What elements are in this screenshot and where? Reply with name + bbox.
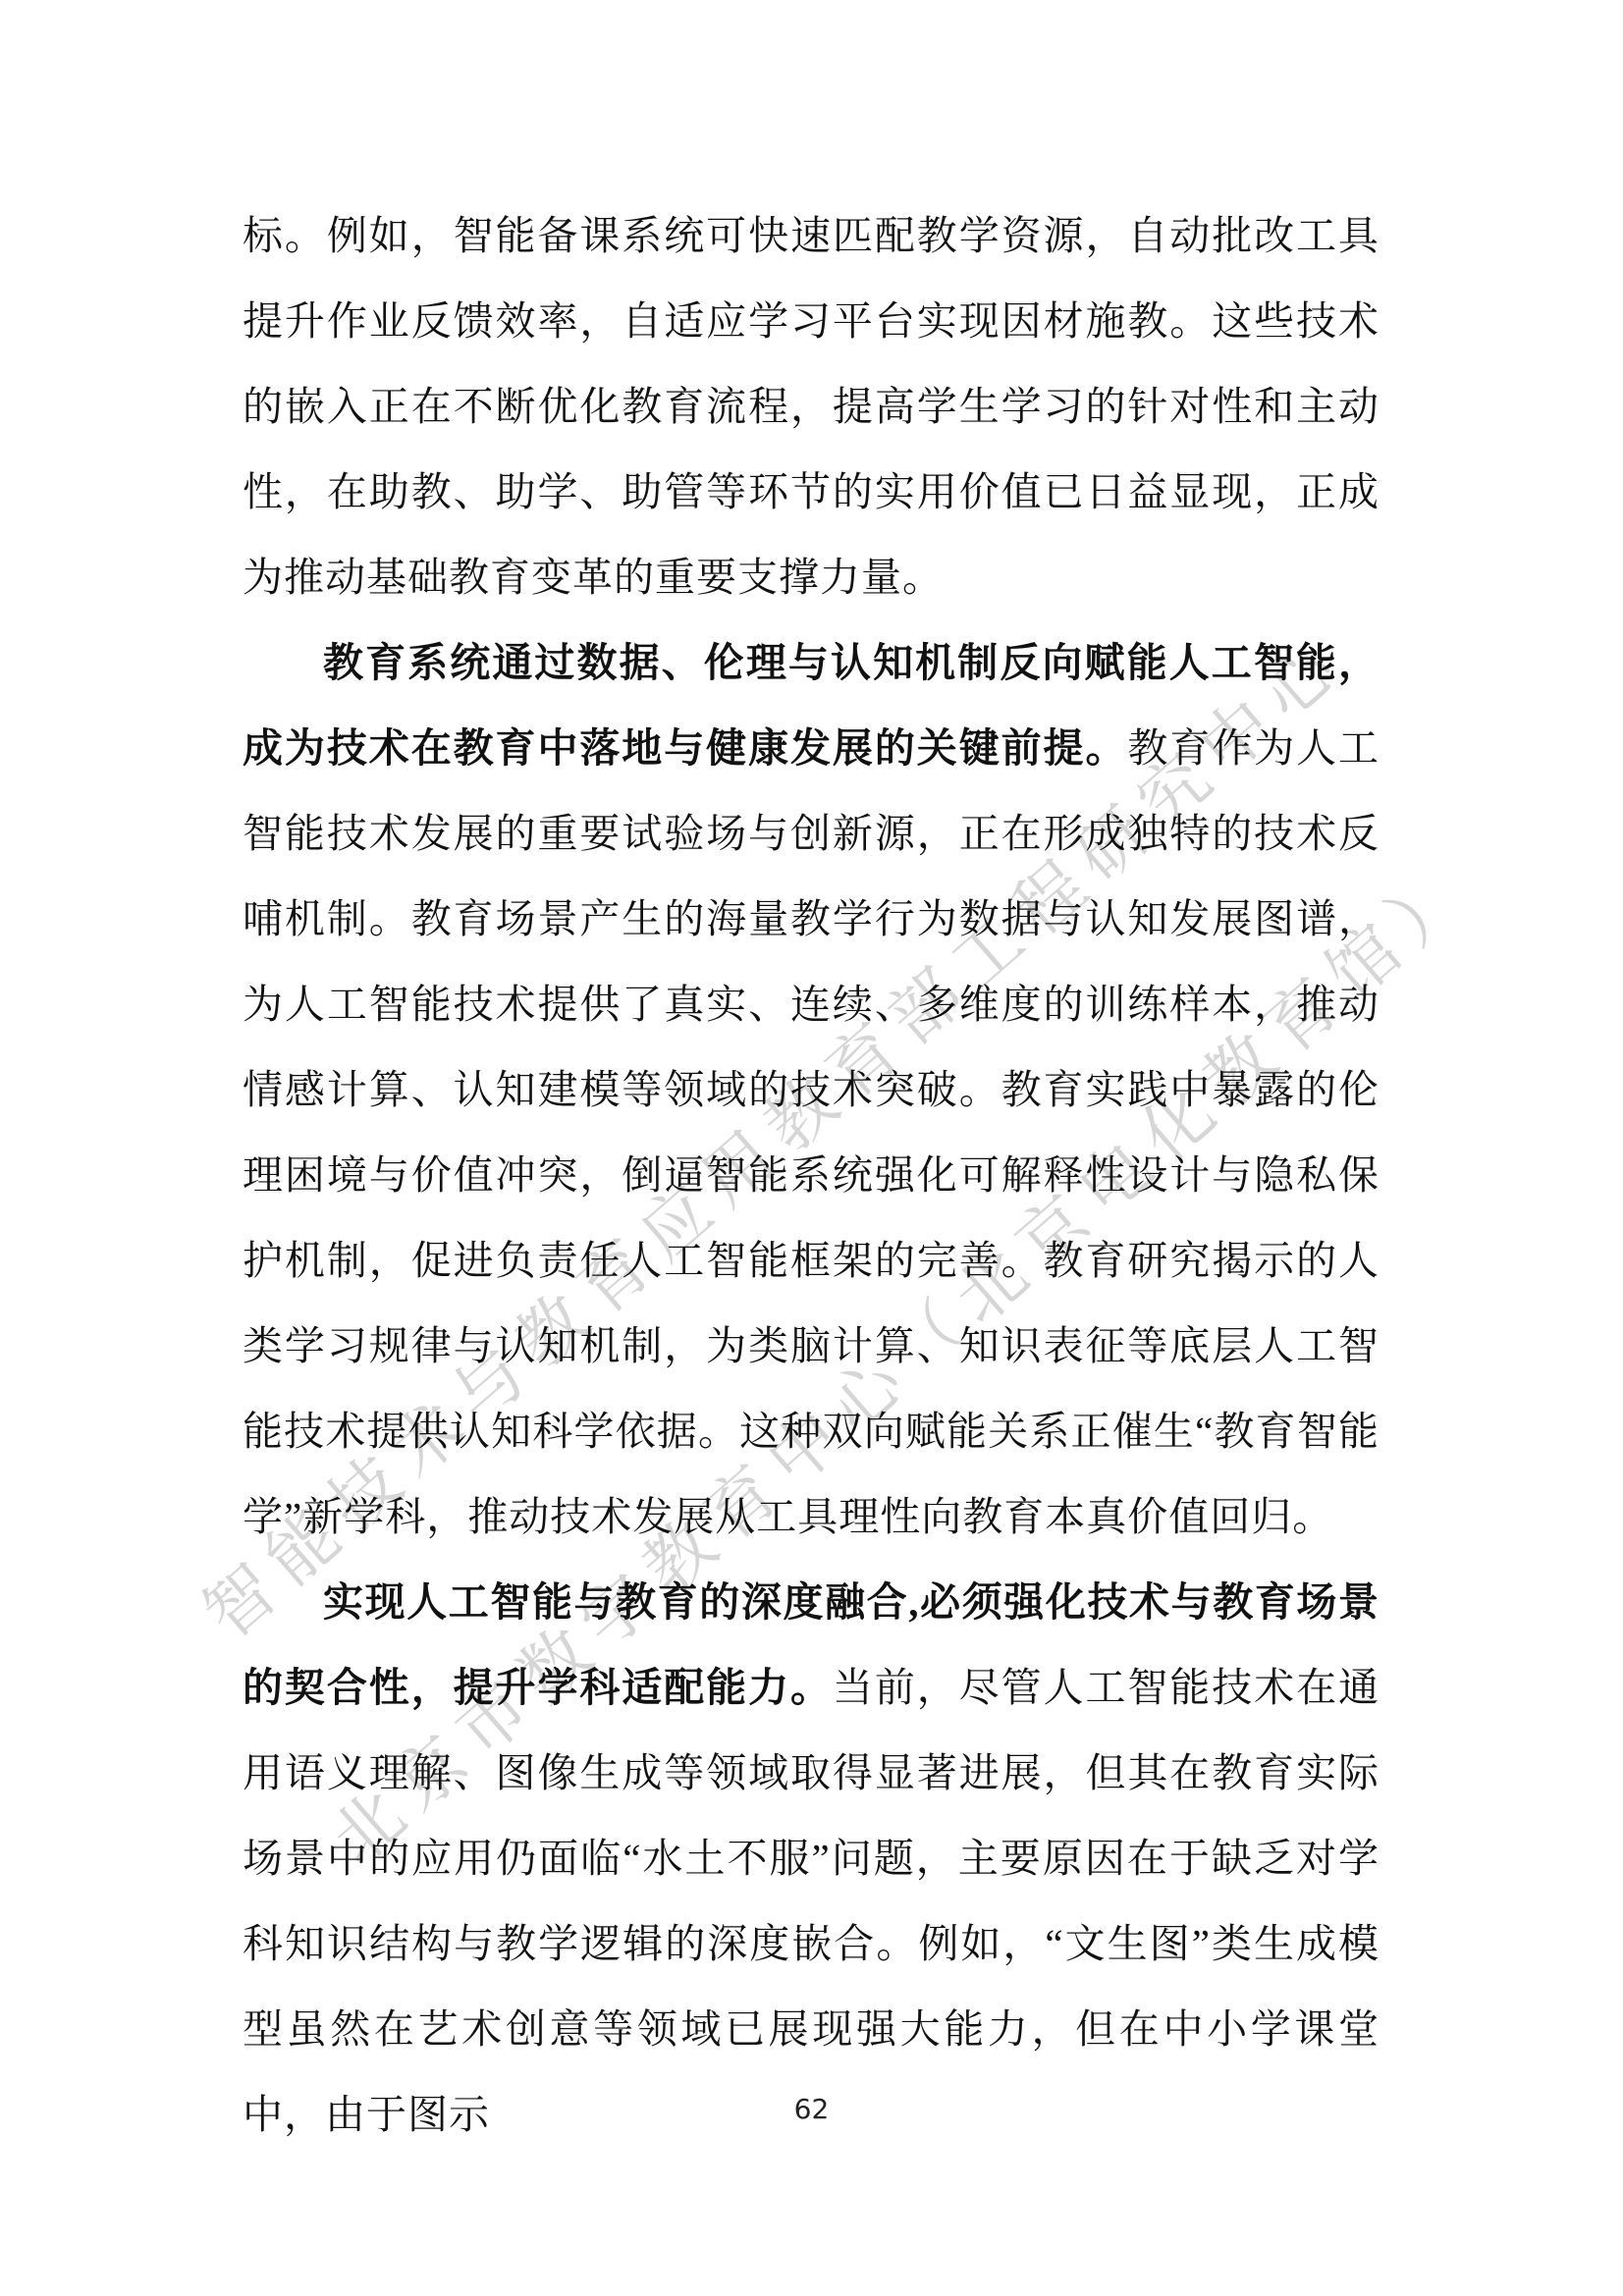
paragraph-reverse-empowerment: 教育系统通过数据、伦理与认知机制反向赋能人工智能，成为技术在教育中落地与健康发展… [243,620,1380,1560]
paragraph-text: 标。例如，智能备课系统可快速匹配教学资源，自动批改工具提升作业反馈效率，自适应学… [243,213,1380,600]
paragraph-text: 当前，尽管人工智能技术在通用语义理解、图像生成等领域取得显著进展，但其在教育实际… [243,1665,1380,2137]
paragraph-text: 教育作为人工智能技术发展的重要试验场与创新源，正在形成独特的技术反哺机制。教育场… [243,725,1380,1539]
text-body: 标。例如，智能备课系统可快速匹配教学资源，自动批改工具提升作业反馈效率，自适应学… [243,193,1380,2158]
document-page: 智能技术与教育应用教育部工程研究中心 北京市数字教育中心（北京电化教育馆） 标。… [0,0,1623,2296]
paragraph-deep-integration: 实现人工智能与教育的深度融合,必须强化技术与教育场景的契合性，提升学科适配能力。… [243,1560,1380,2158]
page-number: 62 [0,2093,1623,2125]
paragraph-continuation: 标。例如，智能备课系统可快速匹配教学资源，自动批改工具提升作业反馈效率，自适应学… [243,193,1380,620]
